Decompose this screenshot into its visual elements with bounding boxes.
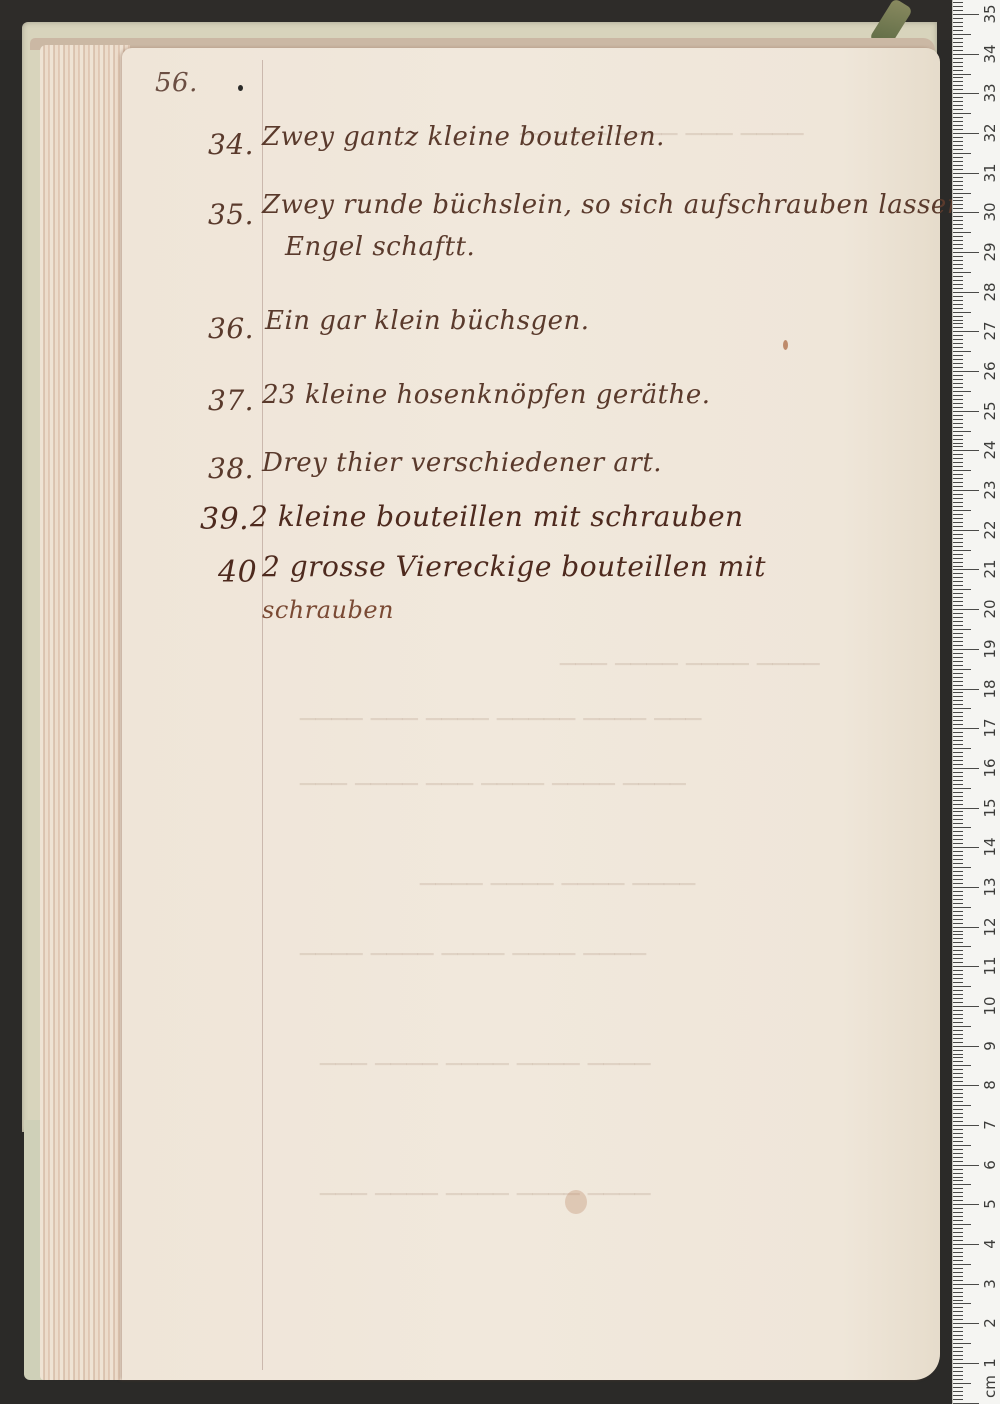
ruler-tick xyxy=(953,1018,963,1019)
ruler-tick xyxy=(953,1256,963,1257)
ruler-label-cm: 17 xyxy=(981,717,999,739)
ruler-tick xyxy=(953,780,963,781)
ruler-tick xyxy=(953,1248,963,1249)
ruler-tick xyxy=(953,14,979,15)
ruler-tick xyxy=(953,1200,963,1201)
ruler-tick xyxy=(953,1371,963,1372)
ruler-label-cm: 26 xyxy=(981,360,999,382)
ruler-tick xyxy=(953,308,963,309)
ruler-tick xyxy=(953,645,963,646)
ruler-tick xyxy=(953,871,963,872)
ruler-tick xyxy=(953,970,963,971)
ruler-tick xyxy=(953,581,963,582)
ruler-tick xyxy=(953,827,971,828)
ruler-tick xyxy=(953,1192,963,1193)
ruler-label-cm: 7 xyxy=(981,1114,999,1136)
ruler-tick xyxy=(953,204,963,205)
ruler-tick xyxy=(953,895,963,896)
ruler-tick xyxy=(953,54,979,55)
ruler-tick xyxy=(953,657,963,658)
entry-number: 40 xyxy=(218,555,257,590)
ruler-label-cm: 30 xyxy=(981,201,999,223)
margin-rule-line xyxy=(262,60,263,1370)
ruler-tick xyxy=(953,919,963,920)
ruler-tick xyxy=(953,558,963,559)
ruler-label-cm: 28 xyxy=(981,281,999,303)
ruler-tick xyxy=(953,85,963,86)
ruler-tick xyxy=(953,304,963,305)
ruler-tick xyxy=(953,355,963,356)
ruler-tick xyxy=(953,1069,963,1070)
ruler-label-cm: 3 xyxy=(981,1273,999,1295)
ruler-tick xyxy=(953,50,963,51)
ruler-tick xyxy=(953,189,963,190)
ruler-tick xyxy=(953,1109,963,1110)
ruler-tick xyxy=(953,351,971,352)
ruler-tick xyxy=(953,788,971,789)
ruler-tick xyxy=(953,327,963,328)
ruler-tick xyxy=(953,1133,963,1134)
ruler-tick xyxy=(953,1355,963,1356)
ruler-tick xyxy=(953,950,963,951)
ruler-tick xyxy=(953,1327,963,1328)
ruler-tick xyxy=(953,125,963,126)
ruler-tick xyxy=(953,621,963,622)
ruler-tick xyxy=(953,546,963,547)
bleed-through: ​──── ──── ──── ─── ──── ─── xyxy=(300,770,686,800)
ruler-tick xyxy=(953,89,963,90)
ruler-tick xyxy=(953,1260,963,1261)
ruler-tick xyxy=(953,117,963,118)
ruler-tick xyxy=(953,696,963,697)
ruler-tick xyxy=(953,268,963,269)
ruler-tick xyxy=(953,800,963,801)
ruler-tick xyxy=(953,133,979,134)
entry-number: 37. xyxy=(208,384,254,417)
entry-number: 38. xyxy=(208,452,254,485)
ruler-tick xyxy=(953,359,963,360)
ruler-tick xyxy=(953,1081,963,1082)
ruler-tick xyxy=(953,994,963,995)
ruler-tick xyxy=(953,1367,963,1368)
ruler-tick xyxy=(953,562,963,563)
ruler-tick xyxy=(953,1177,963,1178)
ruler-tick xyxy=(953,863,963,864)
ruler-tick xyxy=(953,649,979,650)
ruler-tick xyxy=(953,1323,979,1324)
ruler-tick xyxy=(953,1343,971,1344)
ruler-label-cm: 25 xyxy=(981,400,999,422)
ruler-tick xyxy=(953,363,963,364)
entry-number: 35. xyxy=(208,198,254,231)
ruler-tick xyxy=(953,748,971,749)
ruler-tick xyxy=(953,867,971,868)
ruler-tick xyxy=(953,938,963,939)
ruler-label-cm: 6 xyxy=(981,1154,999,1176)
ruler-tick xyxy=(953,1232,963,1233)
ruler-tick xyxy=(953,855,963,856)
ruler-tick xyxy=(953,97,963,98)
ruler-tick xyxy=(953,1319,963,1320)
ruler-label-cm: 16 xyxy=(981,757,999,779)
ruler-tick xyxy=(953,1153,963,1154)
ruler-tick xyxy=(953,1264,971,1265)
entry-text: Ein gar klein büchsgen. xyxy=(265,306,590,336)
ruler-tick xyxy=(953,498,963,499)
ruler-label-cm: 33 xyxy=(981,82,999,104)
ruler-tick xyxy=(953,26,963,27)
ruler-tick xyxy=(953,700,963,701)
ruler-tick xyxy=(953,34,971,35)
ruler-tick xyxy=(953,1395,963,1396)
ruler-tick xyxy=(953,550,971,551)
entry-number: 34. xyxy=(208,128,254,161)
folio-number: 56. xyxy=(155,68,198,98)
ruler-tick xyxy=(953,435,963,436)
ruler-tick xyxy=(953,617,963,618)
ruler-tick xyxy=(953,839,963,840)
ruler-tick xyxy=(953,942,963,943)
ruler-tick xyxy=(953,331,979,332)
ruler-tick xyxy=(953,1065,971,1066)
ruler-tick xyxy=(953,272,971,273)
ruler-tick xyxy=(953,431,971,432)
bleed-through: ​──── ──── ──── ──── ─── xyxy=(320,1050,650,1080)
ruler-tick xyxy=(953,2,963,3)
ruler-tick xyxy=(953,1180,963,1181)
ruler-tick xyxy=(953,1252,963,1253)
ruler-tick xyxy=(953,958,963,959)
ruler-tick xyxy=(953,81,963,82)
ruler-tick xyxy=(953,38,963,39)
ruler-tick xyxy=(953,482,963,483)
ruler-tick xyxy=(953,522,963,523)
ruler-tick xyxy=(953,462,963,463)
ruler-tick xyxy=(953,1077,963,1078)
ruler-tick xyxy=(953,577,963,578)
ruler-tick xyxy=(953,70,963,71)
paper-stain xyxy=(565,1190,587,1214)
entry-text-continuation: Engel schaftt. xyxy=(285,232,475,262)
ruler-tick xyxy=(953,633,963,634)
ruler-tick xyxy=(953,105,963,106)
ruler-tick xyxy=(953,177,963,178)
ruler-tick xyxy=(953,815,963,816)
ruler-tick xyxy=(953,732,963,733)
ruler-label-cm: 35 xyxy=(981,3,999,25)
ruler-tick xyxy=(953,208,963,209)
ruler-tick xyxy=(953,474,963,475)
ruler-tick xyxy=(953,534,963,535)
ruler-tick xyxy=(953,1093,963,1094)
ruler-tick xyxy=(953,689,979,690)
ruler-tick xyxy=(953,1280,963,1281)
ruler-tick xyxy=(953,419,963,420)
ruler-tick xyxy=(953,212,979,213)
ruler-tick xyxy=(953,899,963,900)
ruler-tick xyxy=(953,1379,963,1380)
ruler-tick xyxy=(953,284,963,285)
ruler-tick xyxy=(953,629,971,630)
ruler-tick xyxy=(953,518,963,519)
ruler-tick xyxy=(953,823,963,824)
ruler-tick xyxy=(953,252,979,253)
ruler-tick xyxy=(953,911,963,912)
ruler-tick xyxy=(953,113,971,114)
ruler-tick xyxy=(953,224,963,225)
entry-number: 36. xyxy=(208,312,254,345)
ruler-tick xyxy=(953,653,963,654)
ruler-tick xyxy=(953,982,963,983)
ruler-tick xyxy=(953,232,971,233)
ruler-tick xyxy=(953,1073,963,1074)
ruler-tick xyxy=(953,819,963,820)
bleed-through: ​──── ──── ──── ─── xyxy=(560,650,820,680)
entry-text: 2 kleine bouteillen mit schrauben xyxy=(250,500,744,533)
ruler-tick xyxy=(953,879,963,880)
ruler-tick xyxy=(953,181,963,182)
ruler-tick xyxy=(953,1038,963,1039)
ruler-tick xyxy=(953,712,963,713)
ruler-tick xyxy=(953,343,963,344)
ruler-label-cm: 8 xyxy=(981,1074,999,1096)
ruler-tick xyxy=(953,18,963,19)
ruler-tick xyxy=(953,450,979,451)
page-stack-edges xyxy=(40,45,130,1380)
ruler-tick xyxy=(953,347,963,348)
ruler-tick xyxy=(953,407,963,408)
ruler-tick xyxy=(953,542,963,543)
ruler-tick xyxy=(953,276,963,277)
ruler-tick xyxy=(953,1188,963,1189)
ruler-tick xyxy=(953,260,963,261)
ruler-label-cm: 10 xyxy=(981,995,999,1017)
ruler-tick xyxy=(953,1224,971,1225)
ruler-tick xyxy=(953,137,963,138)
ruler-tick xyxy=(953,665,963,666)
ruler-tick xyxy=(953,613,963,614)
ruler-tick xyxy=(953,609,979,610)
ruler-tick xyxy=(953,887,979,888)
ruler-tick xyxy=(953,978,963,979)
ruler-tick xyxy=(953,538,963,539)
entry-text: Zwey gantz kleine bouteillen. xyxy=(262,122,665,152)
ruler-tick xyxy=(953,423,963,424)
ruler-tick xyxy=(953,1307,963,1308)
ruler-tick xyxy=(953,859,963,860)
ruler-tick xyxy=(953,1050,963,1051)
ruler-tick xyxy=(953,641,963,642)
ruler-tick xyxy=(953,1137,963,1138)
ruler-tick xyxy=(953,367,963,368)
ruler-tick xyxy=(953,236,963,237)
ruler-tick xyxy=(953,1276,963,1277)
ruler-tick xyxy=(953,1161,963,1162)
ruler-tick xyxy=(953,724,963,725)
ruler-tick xyxy=(953,1046,979,1047)
ruler-tick xyxy=(953,847,979,848)
ruler-tick xyxy=(953,145,963,146)
entry-text-continuation: schrauben xyxy=(262,596,394,624)
ruler-tick xyxy=(953,244,963,245)
ruler-tick xyxy=(953,756,963,757)
ruler-tick xyxy=(953,637,963,638)
ruler-tick xyxy=(953,256,963,257)
ruler-tick xyxy=(953,915,963,916)
ruler-tick xyxy=(953,1149,963,1150)
ruler-tick xyxy=(953,220,963,221)
entry-number: 39. xyxy=(200,502,249,537)
ruler-tick xyxy=(953,1089,963,1090)
bleed-through: ​─── ──── ───── ──── ─── ──── xyxy=(300,705,701,735)
ruler-tick xyxy=(953,101,963,102)
ruler-tick xyxy=(953,1331,963,1332)
bleed-through: ​──── ──── ──── ──── ─── xyxy=(320,1180,650,1210)
ruler-tick xyxy=(953,1097,963,1098)
ruler-tick xyxy=(953,804,963,805)
ruler-tick xyxy=(953,454,963,455)
ruler-tick xyxy=(953,58,963,59)
ruler-tick xyxy=(953,569,979,570)
ruler-tick xyxy=(953,752,963,753)
ruler-tick xyxy=(953,93,979,94)
ruler-tick xyxy=(953,439,963,440)
ruler-tick xyxy=(953,1113,963,1114)
ruler-tick xyxy=(953,585,963,586)
ruler-label-cm: 15 xyxy=(981,797,999,819)
ruler-tick xyxy=(953,1125,979,1126)
ruler-tick xyxy=(953,371,979,372)
ruler-tick xyxy=(953,169,963,170)
ruler-tick xyxy=(953,974,963,975)
ruler-tick xyxy=(953,1359,963,1360)
ruler-tick xyxy=(953,490,979,491)
ruler-tick xyxy=(953,30,963,31)
ruler-tick xyxy=(953,514,963,515)
ruler-tick xyxy=(953,1101,963,1102)
ruler-tick xyxy=(953,323,963,324)
ruler-tick xyxy=(953,240,963,241)
ruler-tick xyxy=(953,1311,963,1312)
ruler-tick xyxy=(953,1173,963,1174)
measurement-ruler: cm 1234567891011121314151617181920212223… xyxy=(952,0,1000,1404)
ruler-tick xyxy=(953,811,963,812)
ruler-tick xyxy=(953,1184,971,1185)
ruler-tick xyxy=(953,399,963,400)
ruler-tick xyxy=(953,1165,979,1166)
ruler-tick xyxy=(953,946,971,947)
ruler-tick xyxy=(953,597,963,598)
ruler-tick xyxy=(953,486,963,487)
ruler-tick xyxy=(953,506,963,507)
ruler-tick xyxy=(953,1169,963,1170)
ruler-label-cm: 12 xyxy=(981,916,999,938)
ruler-tick xyxy=(953,1042,963,1043)
ruler-tick xyxy=(953,1339,963,1340)
ruler-tick xyxy=(953,1228,963,1229)
ruler-tick xyxy=(953,740,963,741)
ruler-tick xyxy=(953,1375,963,1376)
ruler-tick xyxy=(953,1030,963,1031)
ruler-tick xyxy=(953,530,979,531)
ruler-tick xyxy=(953,998,963,999)
ruler-label-cm: 1 xyxy=(981,1352,999,1374)
ruler-tick xyxy=(953,903,963,904)
ruler-tick xyxy=(953,808,979,809)
ruler-tick xyxy=(953,296,963,297)
ruler-tick xyxy=(953,1387,963,1388)
ruler-tick xyxy=(953,692,963,693)
ruler-tick xyxy=(953,312,971,313)
entry-text: Drey thier verschiedener art. xyxy=(262,448,662,478)
ruler-tick xyxy=(953,153,971,154)
ruler-tick xyxy=(953,510,971,511)
ruler-tick xyxy=(953,494,963,495)
ruler-tick xyxy=(953,954,963,955)
bleed-through: ​──── ──── ──── ──── xyxy=(420,870,695,900)
ruler-tick xyxy=(953,478,963,479)
ruler-tick xyxy=(953,1292,963,1293)
ruler-tick xyxy=(953,966,979,967)
ruler-label-cm: 14 xyxy=(981,836,999,858)
ruler-tick xyxy=(953,883,963,884)
ruler-tick xyxy=(953,736,963,737)
ruler-label-cm: 27 xyxy=(981,320,999,342)
ruler-tick xyxy=(953,458,963,459)
entry-text: 23 kleine hosenknöpfen geräthe. xyxy=(262,380,711,410)
ruler-tick xyxy=(953,1006,979,1007)
ruler-tick xyxy=(953,923,963,924)
ruler-tick xyxy=(953,1145,971,1146)
ruler-unit-label: cm xyxy=(981,1376,999,1398)
ruler-tick xyxy=(953,1085,979,1086)
ruler-tick xyxy=(953,554,963,555)
ruler-tick xyxy=(953,720,963,721)
entry-text: 2 grosse Viereckige bouteillen mit xyxy=(262,550,766,583)
ruler-tick xyxy=(953,411,979,412)
ruler-tick xyxy=(953,573,963,574)
ruler-tick xyxy=(953,415,963,416)
ruler-tick xyxy=(953,673,963,674)
ruler-tick xyxy=(953,744,963,745)
ruler-tick xyxy=(953,161,963,162)
ruler-tick xyxy=(953,728,979,729)
ruler-tick xyxy=(953,66,963,67)
ruler-tick xyxy=(953,681,963,682)
ruler-label-cm: 22 xyxy=(981,519,999,541)
ruler-tick xyxy=(953,1351,963,1352)
ruler-tick xyxy=(953,339,963,340)
ruler-label-cm: 32 xyxy=(981,122,999,144)
ruler-tick xyxy=(953,62,963,63)
ruler-label-cm: 21 xyxy=(981,558,999,580)
ruler-tick xyxy=(953,708,971,709)
ruler-tick xyxy=(953,185,963,186)
ruler-label-cm: 5 xyxy=(981,1193,999,1215)
ruler-tick xyxy=(953,391,971,392)
ruler-tick xyxy=(953,466,963,467)
ruler-tick xyxy=(953,1014,963,1015)
ruler-tick xyxy=(953,264,963,265)
ruler-tick xyxy=(953,1022,963,1023)
ruler-tick xyxy=(953,1220,963,1221)
ruler-tick xyxy=(953,907,971,908)
ruler-tick xyxy=(953,796,963,797)
ruler-tick xyxy=(953,1284,979,1285)
ruler-tick xyxy=(953,1105,971,1106)
ruler-tick xyxy=(953,677,963,678)
ruler-tick xyxy=(953,1141,963,1142)
